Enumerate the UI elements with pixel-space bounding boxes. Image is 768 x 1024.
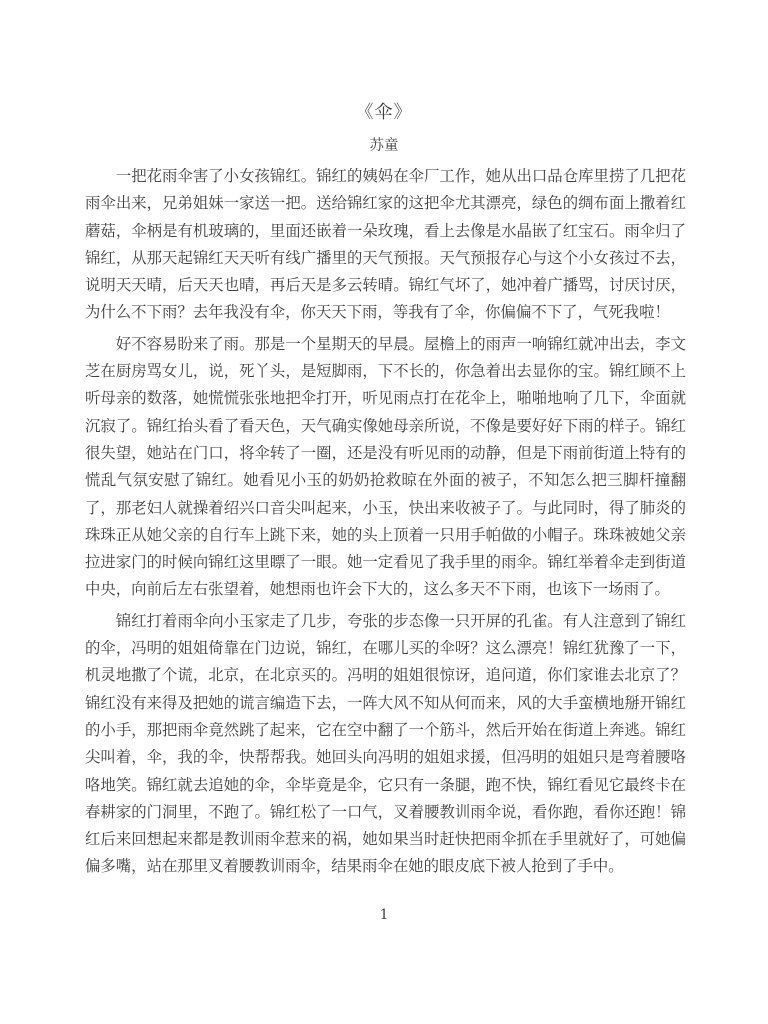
- paragraph: 一把花雨伞害了小女孩锦红。锦红的姨妈在伞厂工作，她从出口品仓库里捞了几把花雨伞出…: [85, 163, 686, 327]
- document-title: 《伞》: [0, 102, 768, 124]
- paragraph: 锦红打着雨伞向小玉家走了几步，夸张的步态像一只开屏的孔雀。有人注意到了锦红的伞，…: [85, 608, 686, 881]
- document-page: 《伞》 苏童 一把花雨伞害了小女孩锦红。锦红的姨妈在伞厂工作，她从出口品仓库里捞…: [0, 0, 768, 1024]
- paragraph: 好不容易盼来了雨。那是一个星期天的早晨。屋檐上的雨声一响锦红就冲出去，李文芝在厨…: [85, 331, 686, 604]
- page-number: 1: [0, 907, 768, 924]
- document-body: 一把花雨伞害了小女孩锦红。锦红的姨妈在伞厂工作，她从出口品仓库里捞了几把花雨伞出…: [85, 163, 686, 881]
- document-author: 苏童: [0, 137, 768, 155]
